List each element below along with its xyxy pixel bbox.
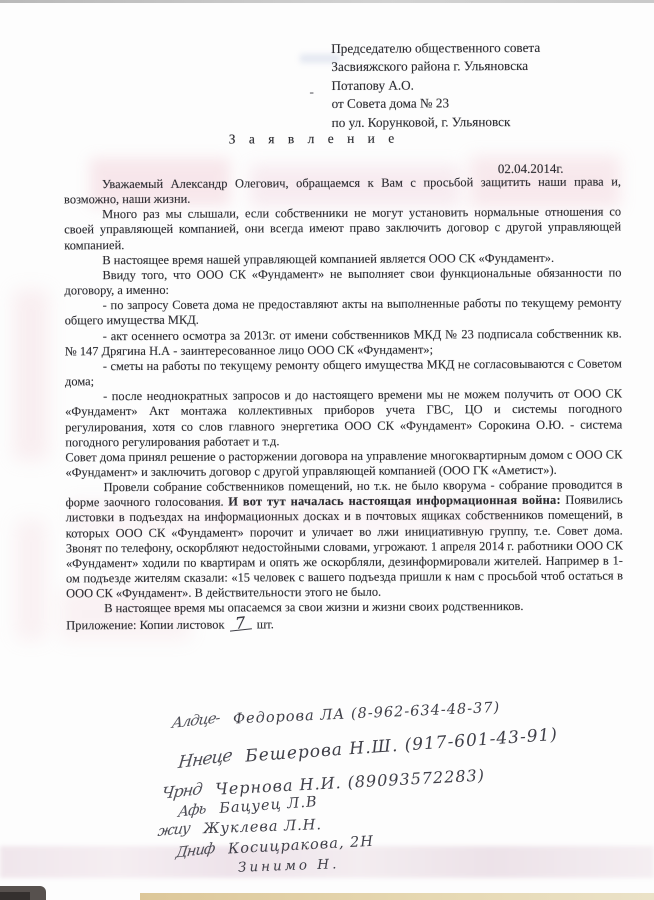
scanner-corner-shadow xyxy=(0,892,30,900)
recipient-line: по ул. Корунковой, г. Ульяновск xyxy=(332,113,541,132)
paragraph-list-item: - акт осеннего осмотра за 2013г. от имен… xyxy=(65,326,622,359)
document-body: Уважаемый Александр Олегович, обращаемся… xyxy=(64,174,623,633)
signature: ДнифКосицракова, 2Н xyxy=(176,834,375,860)
signature-text: Бешерова Н.Ш. (917-601-43-91) xyxy=(245,725,559,767)
paragraph-list-item: - сметы на работы по текущему ремонту об… xyxy=(65,356,622,389)
paragraph-list-item: - после неоднократных запросов и до наст… xyxy=(65,387,622,451)
scan-edge-strip xyxy=(140,893,654,900)
signature-text: Косицракова, 2Н xyxy=(228,834,375,858)
recipient-line: Потапову А.О. xyxy=(331,76,540,95)
attachment-line: Приложение: Копии листовок7шт. xyxy=(66,614,623,633)
signature: Алдце-Федорова ЛА (8-962-634-48-37) xyxy=(172,700,501,730)
signature-text: Жуклева Л.Н. xyxy=(203,817,322,837)
signature-scribble: Чрнд xyxy=(161,779,203,803)
stray-dash-mark: - xyxy=(309,84,313,100)
paragraph: Совет дома принял решение о расторжении … xyxy=(65,447,622,480)
scan-bleed-artifact xyxy=(14,290,48,460)
recipient-line: Засвияжского района г. Ульяновска xyxy=(331,57,540,76)
scanner-corner-shadow xyxy=(0,886,46,900)
paragraph: Много раз мы слышали, если собственники … xyxy=(64,205,621,253)
typed-content: Председателю общественного совета Засвия… xyxy=(0,0,654,2)
paragraph: Ввиду того, что ООО СК «Фундамент» не вы… xyxy=(64,265,621,298)
signature-scribble: Афь xyxy=(177,801,206,821)
signature: НнецеБешерова Н.Ш. (917-601-43-91) xyxy=(178,725,559,771)
signature-scribble: Дниф xyxy=(175,841,215,862)
signature-scribble: Алдце- xyxy=(171,710,221,731)
scanned-document-page: Председателю общественного совета Засвия… xyxy=(0,0,654,900)
recipient-block: Председателю общественного совета Засвия… xyxy=(331,39,540,132)
signature: Зинимо Н. xyxy=(238,856,340,876)
signature: ЧрндЧернова Н.И. (89093572283) xyxy=(162,766,486,802)
paragraph: Провели собрание собственников помещений… xyxy=(66,478,624,602)
handwritten-count: 7 xyxy=(229,615,253,631)
paragraph: Уважаемый Александр Олегович, обращаемся… xyxy=(64,174,621,207)
document-title: З а я в л е н и е xyxy=(229,131,400,148)
signature-text: Федорова ЛА (8-962-634-48-37) xyxy=(233,700,501,728)
scan-bleed-artifact xyxy=(16,520,46,640)
signature-scribble: жиу xyxy=(157,821,191,840)
attachment-prefix: Приложение: Копии листовок xyxy=(66,617,224,632)
signature-text: Чернова Н.И. (89093572283) xyxy=(215,766,485,799)
signature-text: Зинимо Н. xyxy=(238,856,340,876)
recipient-line: Председателю общественного совета xyxy=(331,39,540,58)
attachment-suffix: шт. xyxy=(257,617,274,631)
signature: жиуЖуклева Л.Н. xyxy=(158,817,323,839)
recipient-line: от Совета дома № 23 xyxy=(331,94,540,113)
signature-scribble: Ннеце xyxy=(177,746,233,774)
paragraph-list-item: - по запросу Совета дома не предоставляю… xyxy=(65,296,622,329)
paragraph-run-bold: И вот тут началась настоящая информацион… xyxy=(228,493,561,509)
